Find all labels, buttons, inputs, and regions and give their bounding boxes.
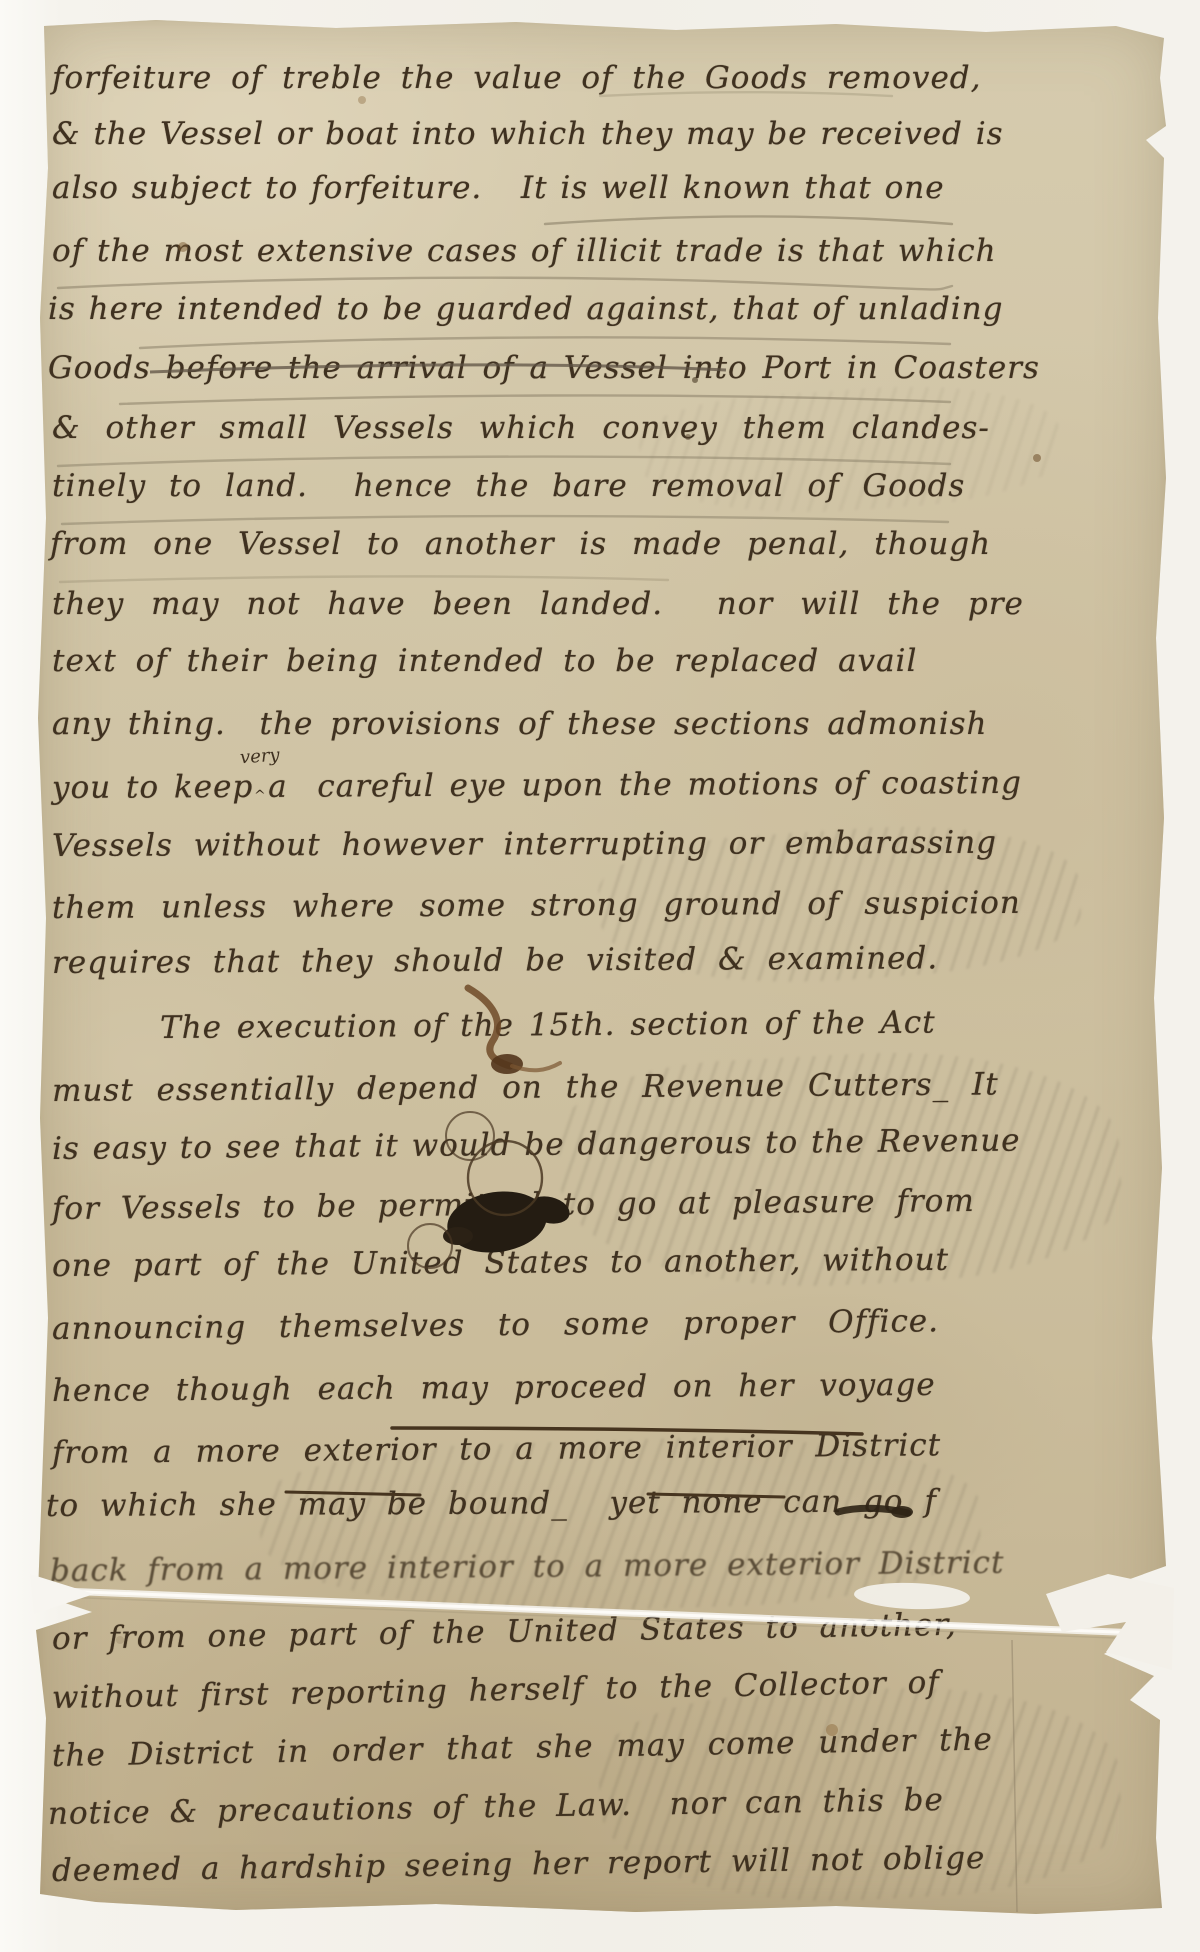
- manuscript-line-12: any thing. the provisions of these secti…: [52, 706, 988, 742]
- manuscript-line-5: is here intended to be guarded against, …: [48, 291, 1003, 327]
- manuscript-line-3: also subject to forfeiture. It is well k…: [52, 170, 945, 206]
- manuscript-line-21: one part of the United States to another…: [52, 1242, 949, 1284]
- manuscript-line-16: requires that they should be visited & e…: [52, 940, 938, 981]
- manuscript-line-2: & the Vessel or boat into which they may…: [52, 116, 1004, 152]
- manuscript-line-7: & other small Vessels which convey them …: [52, 410, 990, 446]
- interline-insertion-text: very: [239, 745, 280, 769]
- manuscript-line-18: must essentially depend on the Revenue C…: [52, 1066, 999, 1109]
- manuscript-line-4: of the most extensive cases of illicit t…: [52, 233, 997, 269]
- manuscript-line-10: they may not have been landed. nor will …: [52, 586, 1024, 622]
- insertion-caret-mark: ^: [254, 788, 266, 804]
- manuscript-line-23: hence though each may proceed on her voy…: [52, 1367, 936, 1409]
- manuscript-line-9: from one Vessel to another is made penal…: [50, 526, 991, 562]
- manuscript-line-6: Goods before the arrival of a Vessel int…: [48, 350, 1040, 386]
- manuscript-line-25: to which she may be bound_ yet none can …: [46, 1483, 937, 1524]
- manuscript-scan: forfeiture of treble the value of the Go…: [0, 0, 1200, 1952]
- manuscript-line-17: The execution of the 15th. section of th…: [160, 1005, 936, 1046]
- manuscript-line-13: you to keep a careful eye upon the motio…: [52, 765, 1022, 806]
- manuscript-line-8: tinely to land. hence the bare removal o…: [52, 468, 965, 504]
- manuscript-line-1: forfeiture of treble the value of the Go…: [52, 60, 982, 96]
- manuscript-line-11: text of their being intended to be repla…: [52, 643, 917, 679]
- manuscript-line-14: Vessels without however interrupting or …: [52, 825, 997, 864]
- manuscript-line-15: them unless where some strong ground of …: [52, 885, 1021, 926]
